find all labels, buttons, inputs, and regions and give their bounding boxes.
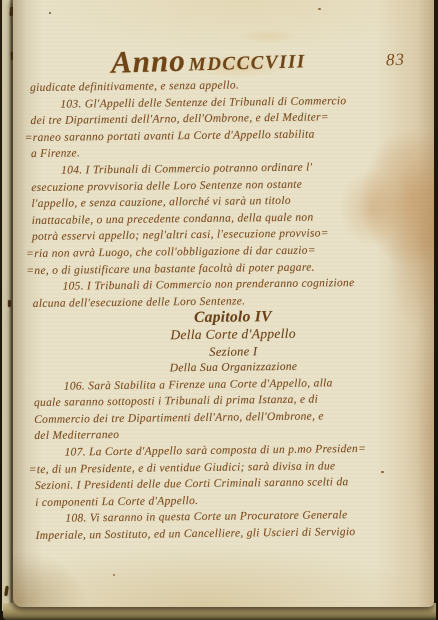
manuscript-line: Imperiale, un Sostituto, ed un Cancellie… xyxy=(35,523,435,544)
manuscript-page: AnnoMDCCCVIII 83 giudicate definitivamen… xyxy=(13,0,434,607)
year-word: Anno xyxy=(111,43,187,80)
manuscript-scan: AnnoMDCCCVIII 83 giudicate definitivamen… xyxy=(0,0,438,620)
paper-speck xyxy=(49,12,51,14)
binding-stitch xyxy=(8,300,11,307)
manuscript-text: giudicate definitivamente, e senza appel… xyxy=(30,75,436,544)
page-number: 83 xyxy=(386,50,406,71)
paper-speck xyxy=(113,574,115,576)
year-title: AnnoMDCCCVIII xyxy=(111,39,307,80)
paper-speck xyxy=(318,8,321,10)
year-numerals: MDCCCVIII xyxy=(189,51,307,75)
